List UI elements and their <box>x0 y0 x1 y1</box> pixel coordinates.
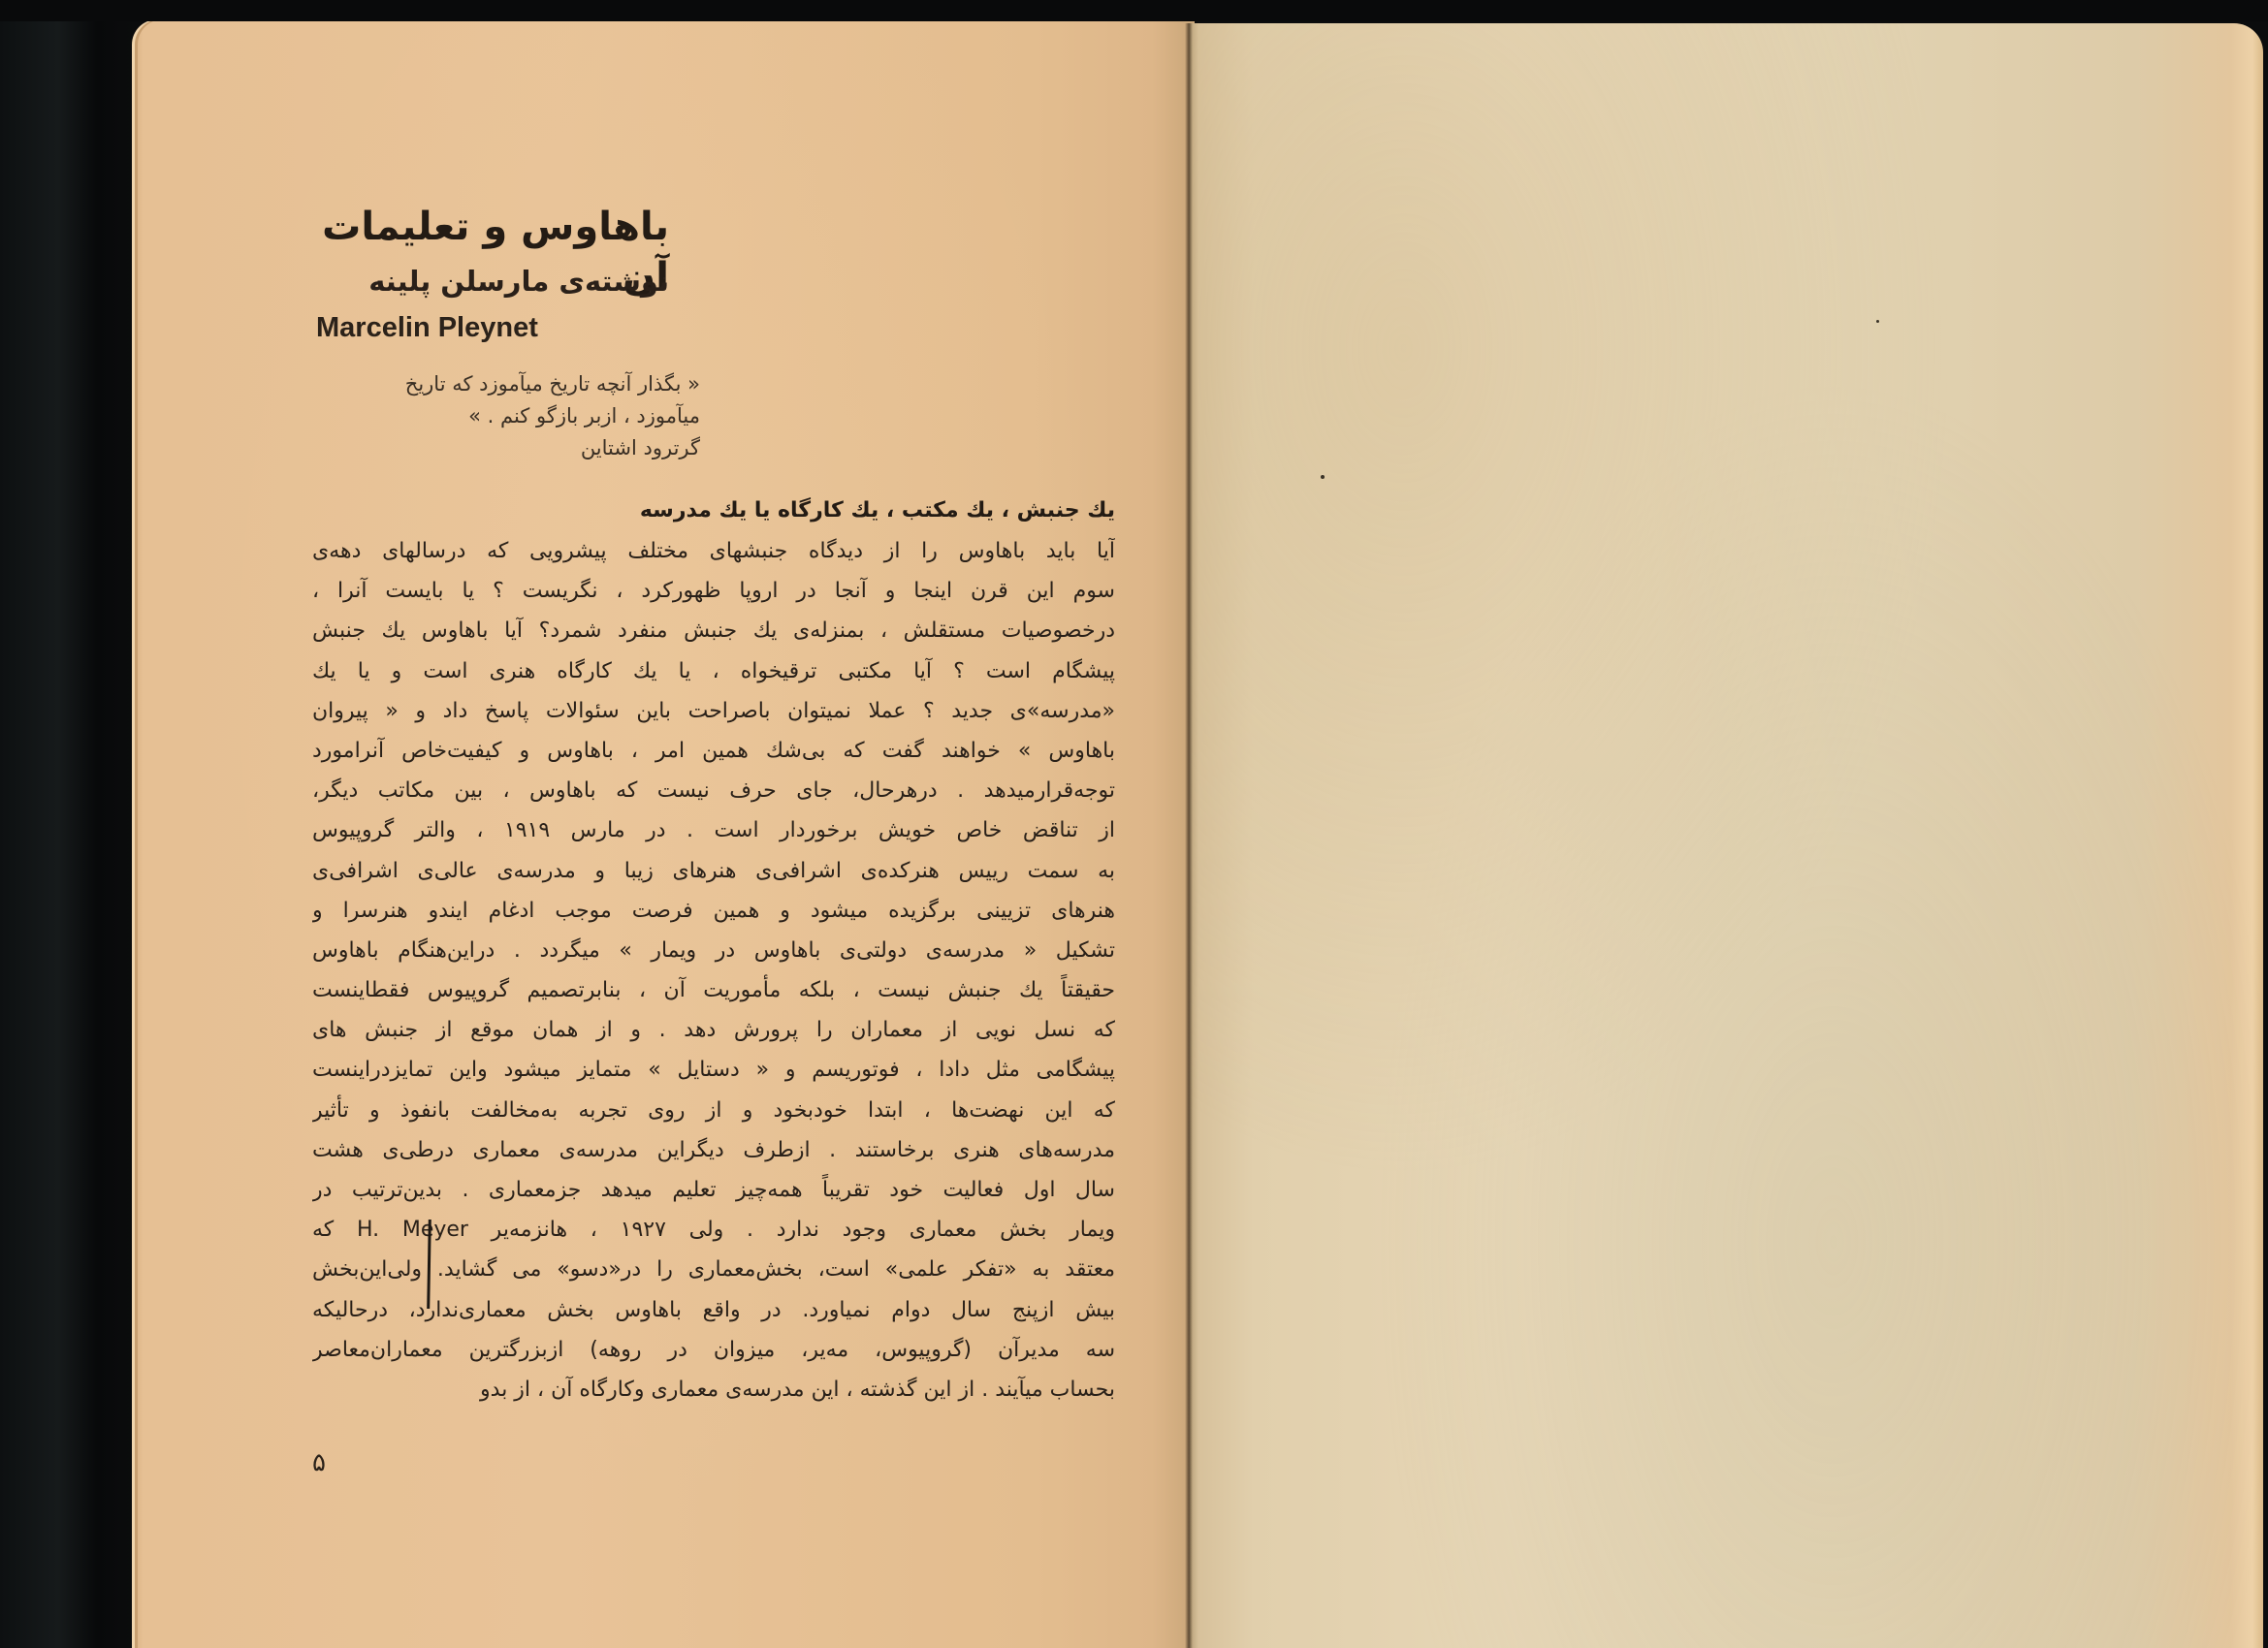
body-line: آیا باید باهاوس را از دیدگاه جنبشهای مخت… <box>312 531 1115 571</box>
body-line: به سمت رییس هنرکده‌ی اشرافی‌ی هنرهای زیب… <box>312 851 1115 891</box>
epigraph-attribution: گرترود اشتاین <box>312 432 700 464</box>
article-byline: نوشته‌ی مارسلن پلینه <box>316 262 669 301</box>
page-number: ۵ <box>312 1448 326 1477</box>
body-line: مدرسه‌های هنری برخاستند . ازطرف دیگراین … <box>312 1130 1115 1170</box>
body-line: از تناقض خاص خویش برخوردار است . در مارس… <box>312 810 1115 850</box>
body-line: که این نهضت‌ها ، ابتدا خودبخود و از روی … <box>312 1091 1115 1130</box>
body-line: معتقد به «تفکر علمی» است، بخش‌معماری را … <box>312 1250 1115 1289</box>
right-page <box>1189 23 2263 1648</box>
paper-speck <box>1321 475 1325 479</box>
body-line: بیش ازپنج سال دوام نمیاورد. در واقع باها… <box>312 1290 1115 1330</box>
book-scan: باهاوس و تعلیمات آن نوشته‌ی مارسلن پلینه… <box>0 0 2268 1648</box>
section-heading: یك جنبش ، یك مکتب ، یك کارگاه یا یك مدرس… <box>312 496 1115 525</box>
body-line: سوم این قرن اینجا و آنجا در اروپا ظهورکر… <box>312 571 1115 611</box>
book-spine <box>1185 23 1193 1648</box>
body-line: که نسل نویی از معماران را پرورش دهد . و … <box>312 1010 1115 1050</box>
body-line: حقیقتاً یك جنبش نیست ، بلکه مأموریت آن ،… <box>312 970 1115 1010</box>
author-name-latin: Marcelin Pleynet <box>316 308 538 347</box>
body-line: توجه‌قرارمیدهد . درهرحال، جای حرف نیست ک… <box>312 771 1115 810</box>
body-line: باهاوس » خواهند گفت که بی‌شك همین امر ، … <box>312 731 1115 771</box>
body-line: «مدرسه»ی جدید ؟ عملا نمیتوان باصراحت بای… <box>312 691 1115 731</box>
body-line: سه مدیرآن (گروپیوس، مه‌یر، میزوان در روه… <box>312 1330 1115 1370</box>
body-line: پیشگامی مثل دادا ، فوتوریسم و « دستایل »… <box>312 1050 1115 1090</box>
body-line: ویمار بخش معماری وجود ندارد . ولی ۱۹۲۷ ،… <box>312 1210 1115 1250</box>
body-line: سال اول فعالیت خود تقریباً همه‌چیز تعلیم… <box>312 1170 1115 1210</box>
epigraph-line: « بگذار آنچه تاریخ میآموزد که تاریخ <box>312 368 700 400</box>
epigraph-line: میآموزد ، ازبر بازگو کنم . » <box>312 400 700 432</box>
body-text: آیا باید باهاوس را از دیدگاه جنبشهای مخت… <box>312 531 1115 1410</box>
epigraph: « بگذار آنچه تاریخ میآموزد که تاریخ میآم… <box>312 368 700 464</box>
body-line: پیشگام است ؟ آیا مکتبی ترقیخواه ، یا یك … <box>312 651 1115 691</box>
body-line: بحساب میآیند . از این گذشته ، این مدرسه‌… <box>312 1370 1115 1410</box>
body-line: تشکیل « مدرسه‌ی دولتی‌ی باهاوس در ویمار … <box>312 931 1115 970</box>
body-line: هنرهای تزیینی برگزیده میشود و همین فرصت … <box>312 891 1115 931</box>
body-line: درخصوصیات مستقلش ، بمنزله‌ی یك جنبش منفر… <box>312 611 1115 650</box>
paper-speck <box>1876 320 1879 323</box>
